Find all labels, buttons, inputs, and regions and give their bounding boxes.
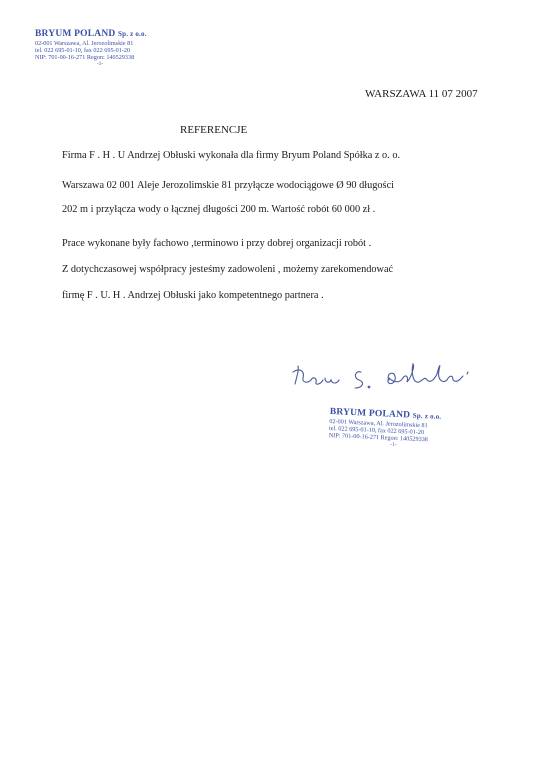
- paragraph-line: Firma F . H . U Andrzej Obłuski wykonała…: [62, 150, 400, 161]
- paragraph-line: firmę F . U. H . Andrzej Obłuski jako ko…: [62, 290, 324, 301]
- stamp-phone: tel. 022 695-01-10, fax 022 695-01-20: [35, 47, 165, 54]
- stamp-address: 02-001 Warszawa, Al. Jerozolimskie 81: [35, 40, 165, 47]
- paragraph-line: 202 m i przyłącza wody o łącznej długośc…: [62, 204, 375, 215]
- letter-date: WARSZAWA 11 07 2007: [365, 88, 478, 100]
- company-stamp-top: BRYUM POLAND Sp. z o.o. 02-001 Warszawa,…: [35, 29, 165, 68]
- stamp-company: BRYUM POLAND: [35, 29, 115, 39]
- paragraph-line: Warszawa 02 001 Aleje Jerozolimskie 81 p…: [62, 180, 394, 191]
- paragraph-line: Z dotychczasowej współpracy jesteśmy zad…: [62, 264, 393, 275]
- stamp-suffix: Sp. z o.o.: [413, 412, 442, 421]
- letter-title: REFERENCJE: [180, 124, 247, 136]
- stamp-suffix: Sp. z o.o.: [118, 30, 147, 38]
- paragraph-line: Prace wykonane były fachowo ,terminowo i…: [62, 238, 371, 249]
- signature-icon: [285, 358, 495, 398]
- stamp-ids: NIP: 701-00-16-271 Regon: 140529338: [35, 54, 165, 61]
- stamp-page: -1-: [35, 61, 165, 67]
- company-stamp-bottom: BRYUM POLAND Sp. z o.o. 02-001 Warszawa,…: [328, 407, 460, 451]
